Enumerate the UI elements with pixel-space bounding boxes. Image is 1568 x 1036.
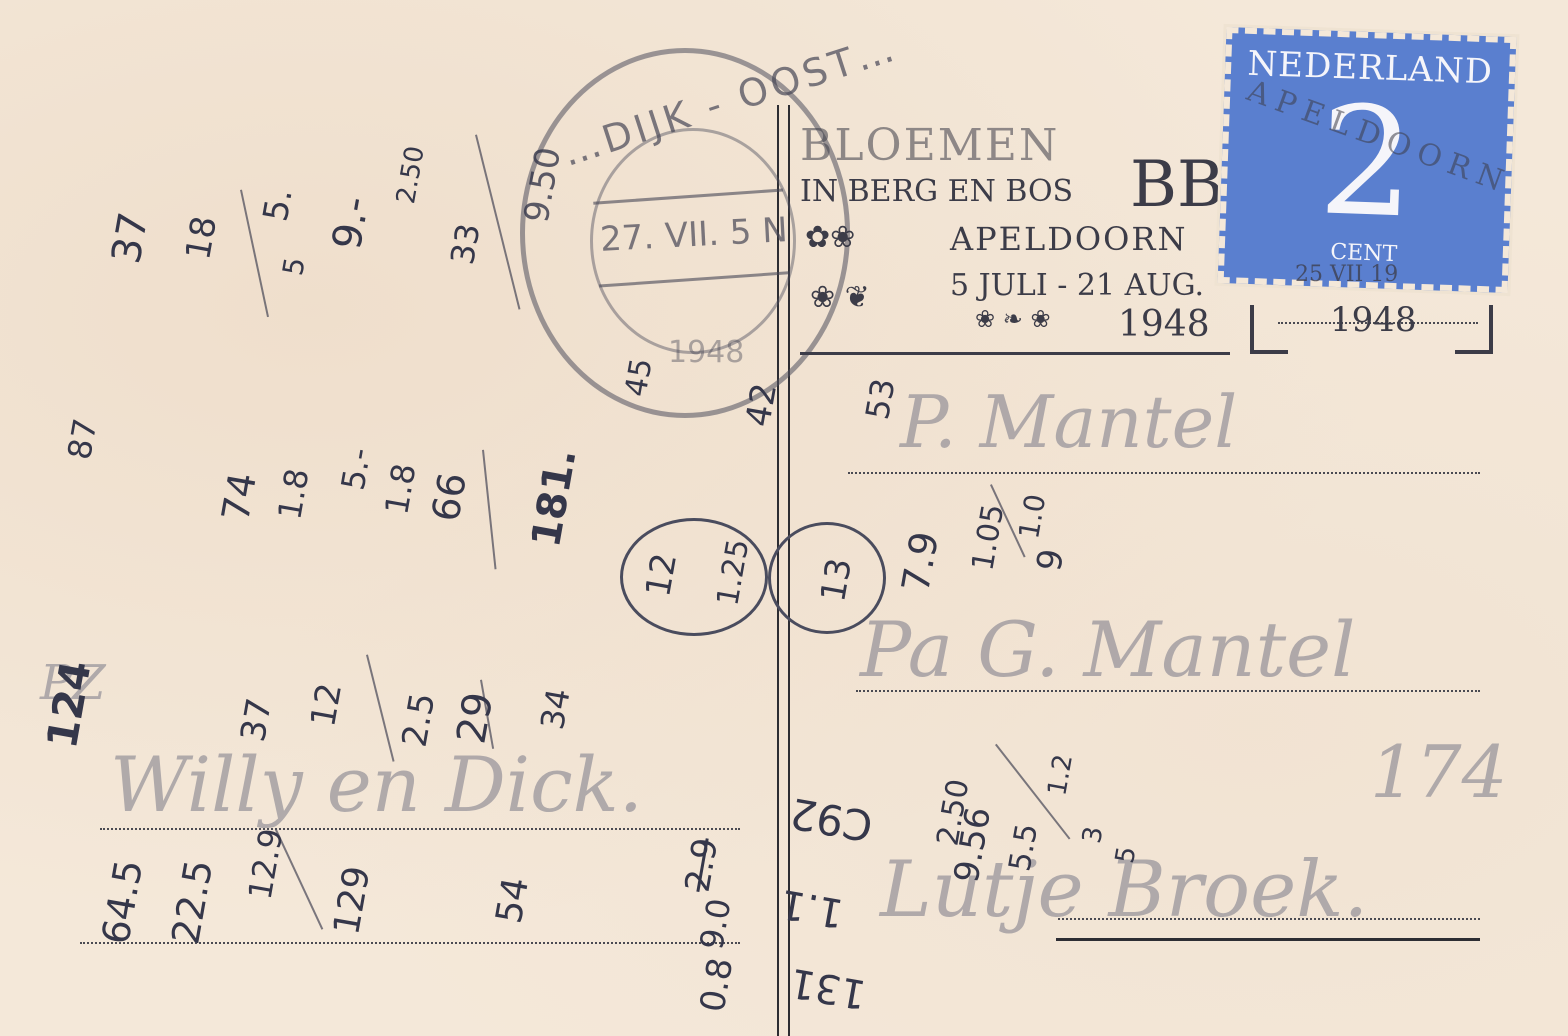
address-line-attention: Pa G. Mantel: [860, 605, 1355, 694]
postmark-year: 1948: [668, 335, 744, 370]
ink-note: 12.9: [241, 826, 291, 903]
address-line-name: P. Mantel: [900, 380, 1237, 464]
flower-ornament-icon: ❀ ❧ ❀: [975, 305, 1051, 333]
ink-note: 7.9: [893, 528, 947, 595]
ink-note: 0.8: [693, 955, 742, 1015]
ink-note: 1.8: [270, 466, 316, 523]
stamp-cancel-date: 25 VII 19: [1295, 262, 1398, 287]
ink-note: 45: [619, 356, 660, 400]
address-line-number: 174: [1370, 730, 1507, 814]
flower-ornament-icon: ✿❀: [805, 220, 855, 255]
ink-note: 74: [213, 469, 265, 524]
sender-signature: Willy en Dick.: [110, 740, 643, 829]
ink-note: 66: [423, 469, 475, 524]
ink-note: 37: [103, 209, 157, 267]
ink-note: 129: [326, 863, 378, 938]
ink-note: 33: [443, 221, 487, 268]
ink-note: 87: [60, 416, 104, 463]
slogan-line-apeldoorn: APELDOORN: [950, 220, 1187, 258]
ink-note: 9: [1029, 546, 1072, 574]
postcard-back: …DIJK - OOST… 27. VII. 5 N 1948 BLOEMEN …: [0, 0, 1568, 1036]
ink-note: 42: [738, 380, 785, 430]
ink-note: 5: [276, 255, 312, 278]
ink-note: 1.2: [1042, 752, 1079, 798]
ink-note: 5.-: [334, 445, 379, 493]
cancel-bracket-right: [1455, 305, 1493, 354]
ink-note: C92: [786, 788, 876, 851]
ink-note: 29: [448, 689, 502, 747]
ink-note: 3: [1077, 824, 1109, 846]
ink-note: 22.5: [163, 857, 221, 948]
slogan-large-letters: BB: [1130, 148, 1224, 222]
ink-note: 1.8: [377, 461, 423, 518]
ink-note: 1.05: [965, 502, 1011, 574]
ink-note: 54: [489, 874, 537, 926]
slogan-line-year: 1948: [1118, 304, 1210, 345]
ink-note: 5.: [256, 186, 301, 225]
slogan-cancel-rule: [800, 352, 1230, 355]
ink-note: 9.-: [324, 193, 378, 253]
slogan-line-bloemen: BLOEMEN: [800, 120, 1059, 171]
ink-note-struck: 2.9: [678, 835, 727, 895]
cancel-year: 1948: [1330, 300, 1417, 340]
ink-note: 13: [813, 555, 860, 605]
ink-note: 2.50: [391, 144, 431, 206]
ink-note: 34: [533, 686, 577, 733]
address-underline: [1056, 938, 1480, 941]
cancel-bracket-left: [1250, 305, 1288, 354]
pencil-slash: [475, 135, 520, 310]
ink-note: 37: [233, 695, 280, 745]
ink-note: 1.0: [1012, 492, 1052, 542]
address-line-1: [848, 472, 1480, 474]
ink-note: 12: [303, 680, 350, 730]
slogan-line-berg-en-bos: IN BERG EN BOS: [800, 174, 1073, 209]
pencil-slash: [482, 450, 497, 570]
flower-ornament-icon: ❀ ❦: [810, 280, 870, 315]
ink-note: 64.5: [93, 857, 151, 948]
ink-note: 53: [858, 376, 902, 423]
ink-note: 18: [178, 213, 225, 263]
ink-note: 131: [787, 959, 870, 1018]
ink-note: 12: [638, 550, 685, 600]
ink-note: 181.: [523, 445, 585, 550]
slogan-line-dates: 5 JULI - 21 AUG.: [950, 268, 1204, 303]
